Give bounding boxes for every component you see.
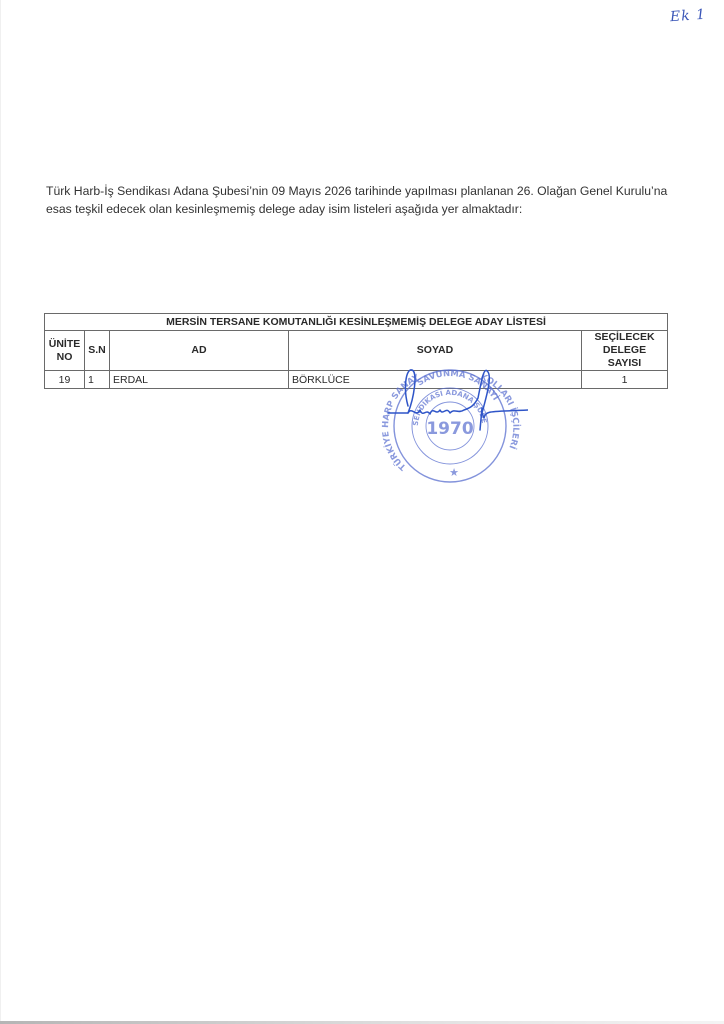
header-ad: AD [110,331,289,371]
table-title-row: MERSİN TERSANE KOMUTANLIĞI KESİNLEŞMEMİŞ… [45,314,668,331]
intro-line-2: esas teşkil edecek olan kesinleşmemiş de… [46,200,686,218]
cell-ad: ERDAL [110,371,289,389]
stamp-year: 1970 [426,419,473,439]
header-soyad: SOYAD [289,331,582,371]
delegate-candidate-table: MERSİN TERSANE KOMUTANLIĞI KESİNLEŞMEMİŞ… [44,313,668,389]
cell-secilecek-delege-sayisi: 1 [582,371,668,389]
header-secilecek-line2: DELEGE SAYISI [603,344,646,369]
header-unite-no-line1: ÜNİTE [49,338,81,350]
table-row: 19 1 ERDAL BÖRKLÜCE 1 [45,371,668,389]
cell-soyad: BÖRKLÜCE [289,371,582,389]
header-unite-no: ÜNİTE NO [45,331,85,371]
document-page: Ek 1 Türk Harb-İş Sendikası Adana Şubesi… [0,0,724,1024]
stamp-star-icon: ★ [449,466,459,479]
header-sn: S.N [85,331,110,371]
cell-unite-no: 19 [45,371,85,389]
cell-sn: 1 [85,371,110,389]
table-header-row: ÜNİTE NO S.N AD SOYAD SEÇİLECEK DELEGE S… [45,331,668,371]
intro-line-1: Türk Harb-İş Sendikası Adana Şubesi’nin … [46,182,686,200]
handwritten-annotation: Ek 1 [669,7,706,25]
header-secilecek-line1: SEÇİLECEK [594,331,654,343]
header-unite-no-line2: NO [57,351,73,363]
table-title: MERSİN TERSANE KOMUTANLIĞI KESİNLEŞMEMİŞ… [45,314,668,331]
scan-left-edge [0,0,1,1024]
intro-paragraph: Türk Harb-İş Sendikası Adana Şubesi’nin … [46,182,686,218]
header-secilecek-delege-sayisi: SEÇİLECEK DELEGE SAYISI [582,331,668,371]
